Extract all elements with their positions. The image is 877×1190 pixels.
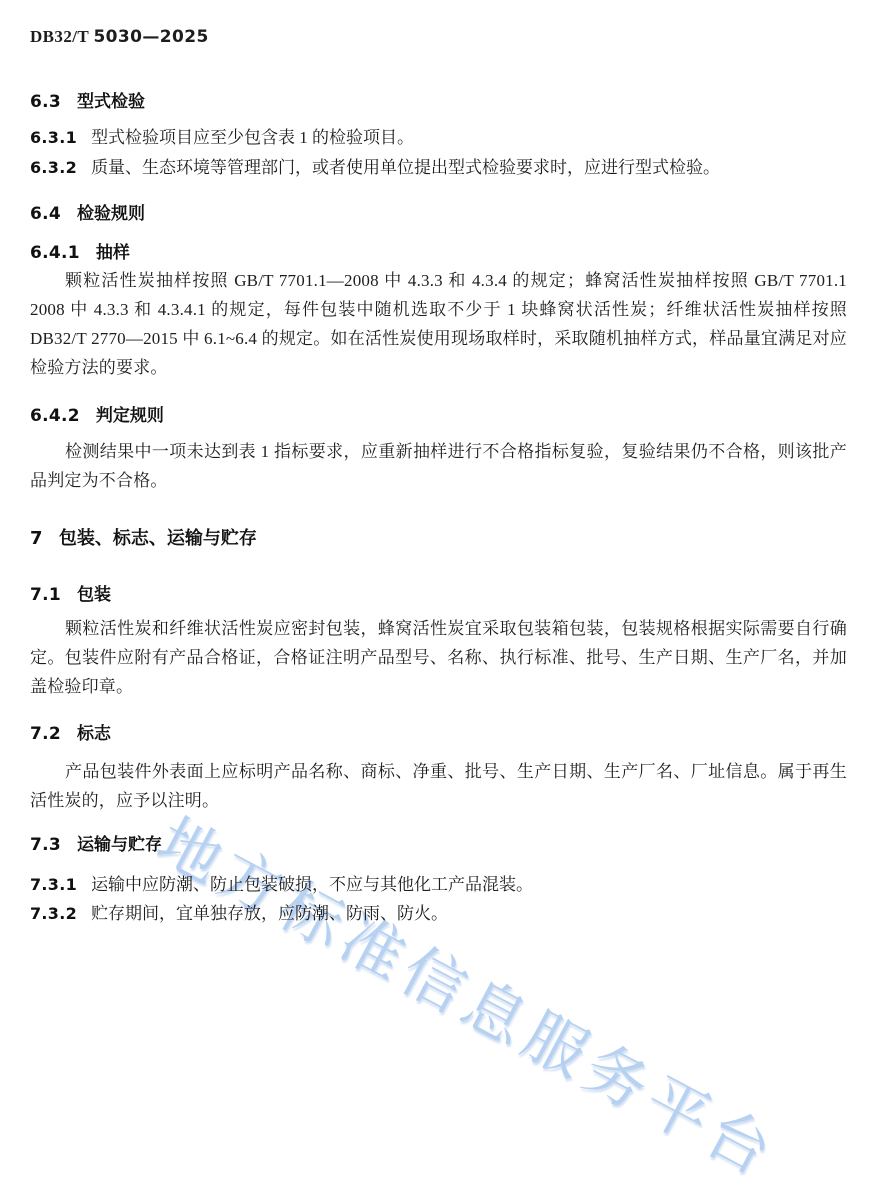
- clause-number: 6.3.1: [30, 128, 77, 147]
- heading-title: 判定规则: [96, 406, 164, 426]
- clause-number: 6.3.2: [30, 158, 77, 177]
- heading-number: 6.4: [30, 204, 61, 224]
- heading-title: 型式检验: [77, 92, 145, 112]
- heading-number: 7.2: [30, 724, 61, 744]
- heading-title: 包装、标志、运输与贮存: [59, 528, 257, 549]
- clause-7-3-1: 7.3.1运输中应防潮、防止包装破损，不应与其他化工产品混装。: [30, 870, 533, 895]
- doc-code-prefix: DB32/T: [30, 27, 89, 46]
- heading-title: 检验规则: [77, 204, 145, 224]
- doc-code-number: 5030—2025: [93, 27, 208, 47]
- paragraph-6-4-1: 颗粒活性炭抽样按照 GB/T 7701.1—2008 中 4.3.3 和 4.3…: [30, 266, 847, 382]
- clause-6-3-2: 6.3.2质量、生态环境等管理部门，或者使用单位提出型式检验要求时，应进行型式检…: [30, 153, 720, 178]
- clause-number: 7.3.2: [30, 904, 77, 923]
- document-page: DB32/T 5030—2025 地方标准信息服务平台 6.3型式检验 6.3.…: [0, 0, 877, 1190]
- paragraph-7-1: 颗粒活性炭和纤维状活性炭应密封包装，蜂窝活性炭宜采取包装箱包装，包装规格根据实际…: [30, 614, 847, 701]
- clause-text: 贮存期间，宜单独存放，应防潮、防雨、防火。: [91, 904, 448, 923]
- clause-text: 运输中应防潮、防止包装破损，不应与其他化工产品混装。: [91, 875, 533, 894]
- heading-number: 7: [30, 528, 43, 549]
- clause-text: 型式检验项目应至少包含表 1 的检验项目。: [91, 128, 414, 147]
- watermark: 地方标准信息服务平台: [144, 792, 795, 1190]
- paragraph-6-4-2: 检测结果中一项未达到表 1 指标要求，应重新抽样进行不合格指标复验，复验结果仍不…: [30, 437, 847, 495]
- heading-7-3: 7.3运输与贮存: [30, 830, 162, 855]
- clause-6-3-1: 6.3.1型式检验项目应至少包含表 1 的检验项目。: [30, 123, 414, 148]
- heading-number: 7.3: [30, 835, 61, 855]
- heading-7: 7包装、标志、运输与贮存: [30, 524, 257, 550]
- heading-7-1: 7.1包装: [30, 580, 111, 605]
- heading-6-4: 6.4检验规则: [30, 199, 145, 224]
- clause-number: 7.3.1: [30, 875, 77, 894]
- doc-code: DB32/T 5030—2025: [30, 27, 209, 47]
- heading-6-4-1: 6.4.1抽样: [30, 238, 130, 263]
- clause-text: 质量、生态环境等管理部门，或者使用单位提出型式检验要求时，应进行型式检验。: [91, 158, 720, 177]
- heading-number: 6.3: [30, 92, 61, 112]
- heading-title: 抽样: [96, 243, 130, 263]
- paragraph-7-2: 产品包装件外表面上应标明产品名称、商标、净重、批号、生产日期、生产厂名、厂址信息…: [30, 757, 847, 815]
- heading-6-4-2: 6.4.2判定规则: [30, 401, 164, 426]
- heading-7-2: 7.2标志: [30, 719, 111, 744]
- heading-number: 6.4.1: [30, 243, 80, 263]
- heading-title: 运输与贮存: [77, 835, 162, 855]
- heading-title: 标志: [77, 724, 111, 744]
- heading-number: 7.1: [30, 585, 61, 605]
- heading-number: 6.4.2: [30, 406, 80, 426]
- clause-7-3-2: 7.3.2贮存期间，宜单独存放，应防潮、防雨、防火。: [30, 899, 448, 924]
- heading-title: 包装: [77, 585, 111, 605]
- heading-6-3: 6.3型式检验: [30, 87, 145, 112]
